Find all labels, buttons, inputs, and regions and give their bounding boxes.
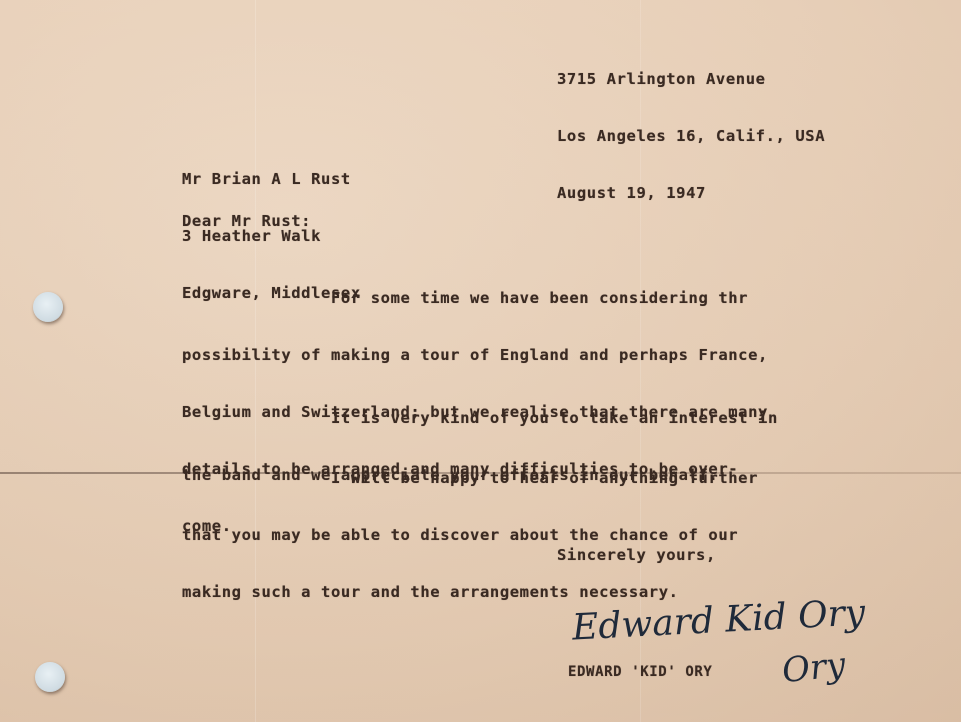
paragraph-line: possibility of making a tour of England … [182,346,768,365]
paragraph-line: It is very kind of you to take an intere… [182,409,778,428]
sender-street: 3715 Arlington Avenue [557,70,825,89]
closing: Sincerely yours, [557,546,716,565]
letter-page: 3715 Arlington Avenue Los Angeles 16, Ca… [0,0,961,722]
punch-hole-icon [35,662,65,692]
salutation: Dear Mr Rust: [182,212,311,231]
sender-address: 3715 Arlington Avenue Los Angeles 16, Ca… [557,32,825,241]
paragraph-line: For some time we have been considering t… [182,289,768,308]
paragraph-line: I will be happy to hear of anything furt… [182,469,758,488]
paragraph-line: that you may be able to discover about t… [182,526,758,545]
paragraph-line: making such a tour and the arrangements … [182,583,758,602]
sender-city: Los Angeles 16, Calif., USA [557,127,825,146]
typed-name: EDWARD 'KID' ORY [568,663,712,682]
letter-date: August 19, 1947 [557,184,825,203]
recipient-name: Mr Brian A L Rust [182,170,361,189]
handwritten-signature-extra: Ory [780,645,847,691]
punch-hole-icon [33,292,63,322]
